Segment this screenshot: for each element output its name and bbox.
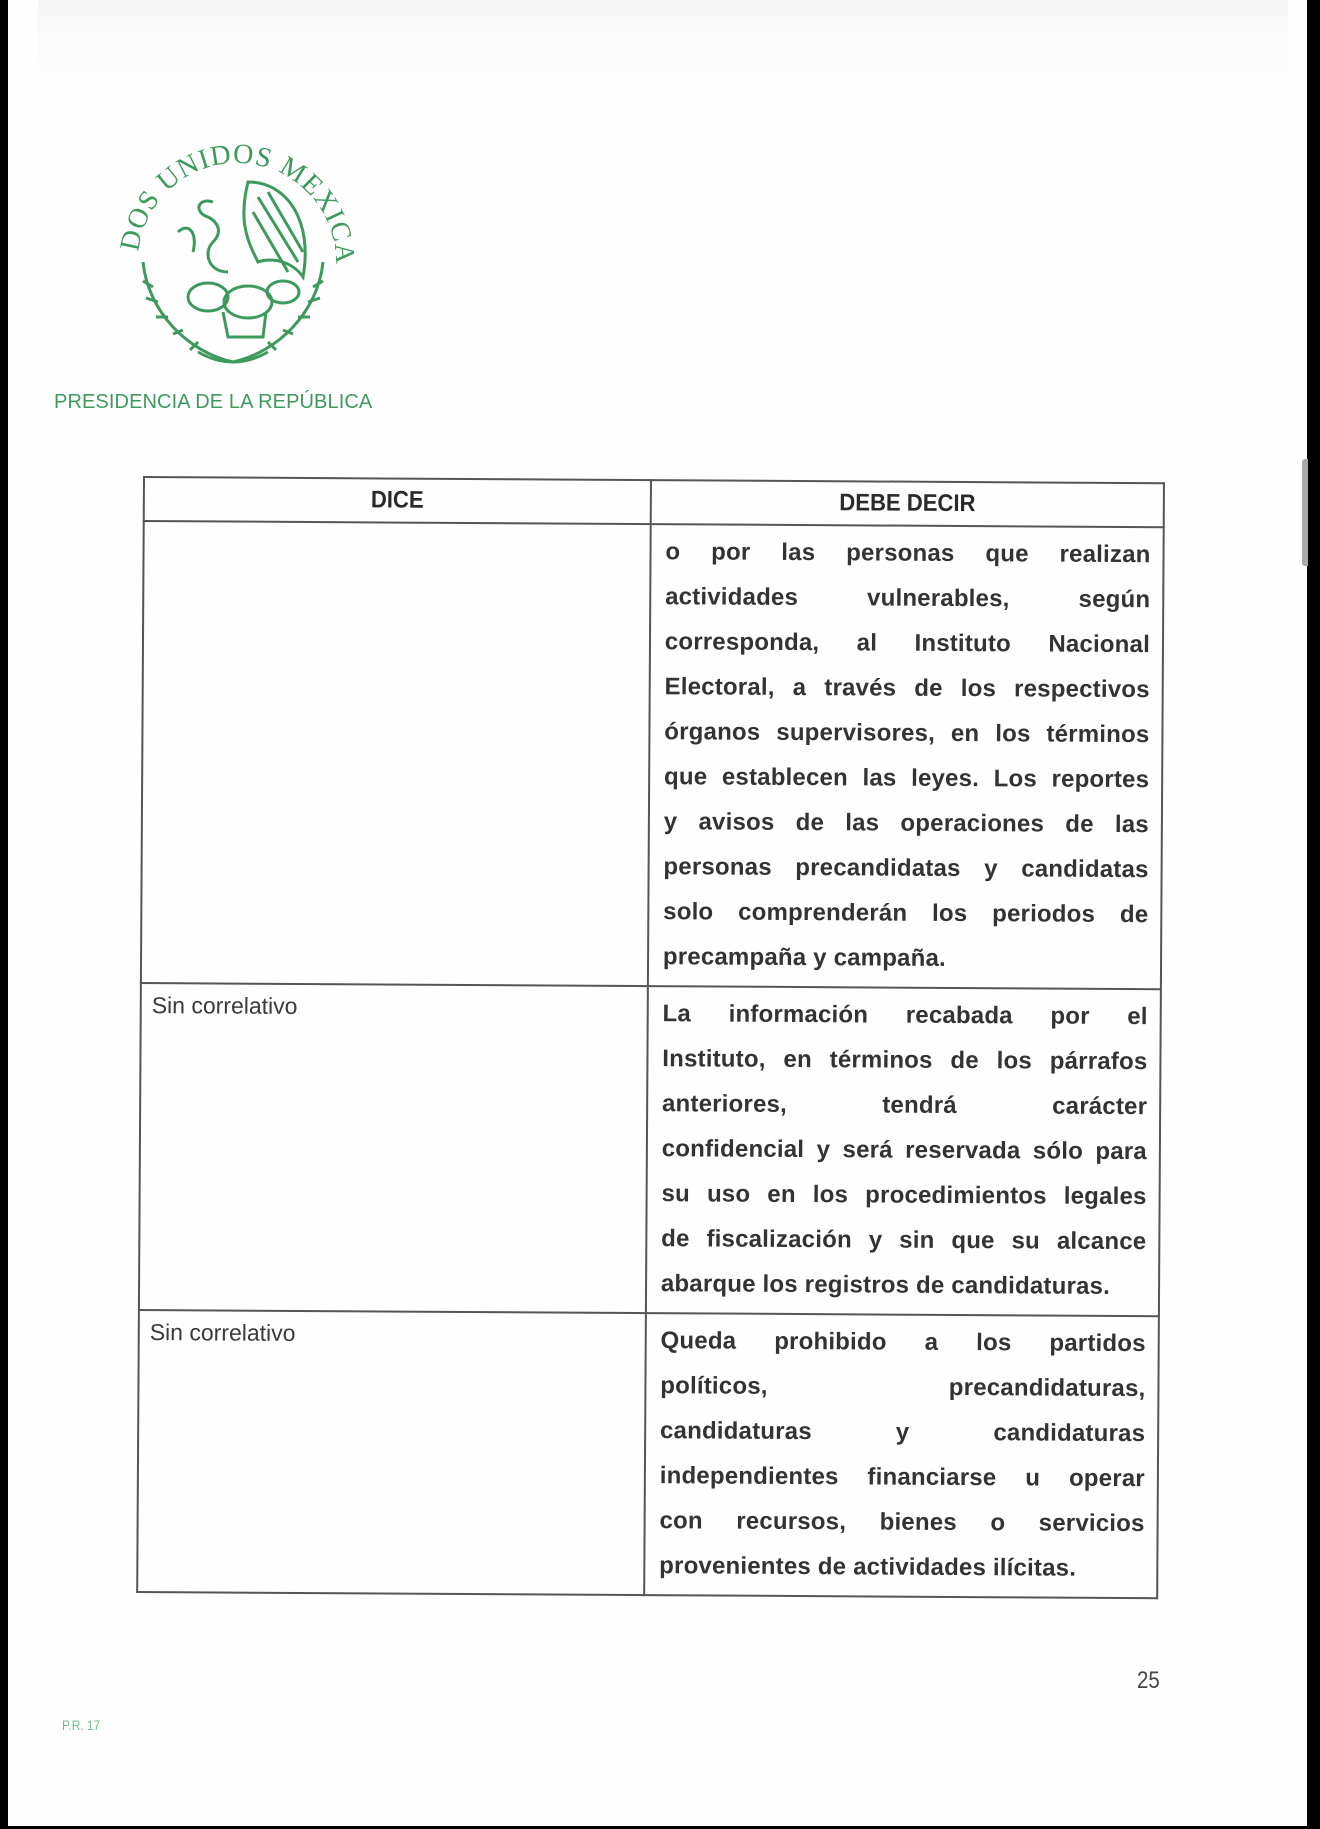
- comparison-table: DICE DEBE DECIR o por las personas que r…: [136, 476, 1165, 1599]
- text-line: Queda prohibido a los partidos: [660, 1318, 1145, 1366]
- table-row: Sin correlativo La información recabada …: [139, 983, 1161, 1316]
- dice-cell: Sin correlativo: [139, 983, 648, 1313]
- text-line: provenientes de actividades ilícitas.: [659, 1543, 1144, 1591]
- text-line: corresponda, al Instituto Nacional: [665, 619, 1150, 667]
- text-line: y avisos de las operaciones de las: [664, 799, 1149, 847]
- text-line: independientes financiarse u operar: [660, 1453, 1145, 1501]
- dice-cell: [141, 521, 651, 986]
- debe-decir-cell: o por las personas que realizan activida…: [648, 524, 1164, 989]
- text-line: Instituto, en términos de los párrafos: [662, 1036, 1147, 1084]
- table-header-row: DICE DEBE DECIR: [144, 477, 1164, 527]
- agency-name: PRESIDENCIA DE LA REPÚBLICA: [54, 391, 372, 414]
- svg-text:ESTADOS UNIDOS MEXICANOS: ESTADOS UNIDOS MEXICANOS: [98, 112, 360, 265]
- text-line: precampaña y campaña.: [663, 934, 1148, 982]
- text-line: La información recabada por el: [662, 991, 1147, 1039]
- table-row: o por las personas que realizan activida…: [141, 521, 1164, 989]
- text-line: o por las personas que realizan: [665, 529, 1150, 577]
- footer-code: P.R. 17: [62, 1717, 100, 1733]
- text-line: confidencial y será reservada sólo para: [662, 1126, 1147, 1174]
- debe-decir-cell: Queda prohibido a los partidos políticos…: [644, 1313, 1159, 1598]
- text-line: órganos supervisores, en los términos: [664, 709, 1149, 757]
- column-header-dice: DICE: [164, 477, 631, 524]
- text-line: anteriores, tendrá carácter: [662, 1081, 1147, 1129]
- text-line: actividades vulnerables, según: [665, 574, 1150, 622]
- vertical-scrollbar-thumb[interactable]: [1302, 459, 1308, 566]
- text-line: Electoral, a través de los respectivos: [664, 664, 1149, 712]
- text-line: personas precandidatas y candidatas: [663, 844, 1148, 892]
- scan-shading: [38, 0, 1288, 80]
- text-line: abarque los registros de candidaturas.: [661, 1261, 1146, 1309]
- mexican-coat-of-arms-icon: ESTADOS UNIDOS MEXICANOS: [98, 112, 368, 382]
- debe-decir-cell: La información recabada por el Instituto…: [646, 986, 1161, 1316]
- text-line: políticos, precandidaturas,: [660, 1363, 1145, 1411]
- column-header-debe-decir: DEBE DECIR: [671, 480, 1143, 527]
- text-line: candidaturas y candidaturas: [660, 1408, 1145, 1456]
- table-row: Sin correlativo Queda prohibido a los pa…: [137, 1310, 1159, 1598]
- text-line: solo comprenderán los periodos de: [663, 889, 1148, 937]
- text-line: de fiscalización y sin que su alcance: [661, 1216, 1146, 1264]
- text-line: su uso en los procedimientos legales: [661, 1171, 1146, 1219]
- dice-cell: Sin correlativo: [137, 1310, 646, 1595]
- text-line: que establecen las leyes. Los reportes: [664, 754, 1149, 802]
- document-page: ESTADOS UNIDOS MEXICANOS PRESIDENCIA DE …: [8, 0, 1307, 1826]
- text-line: con recursos, bienes o servicios: [659, 1498, 1144, 1546]
- page-number: 25: [1137, 1667, 1160, 1695]
